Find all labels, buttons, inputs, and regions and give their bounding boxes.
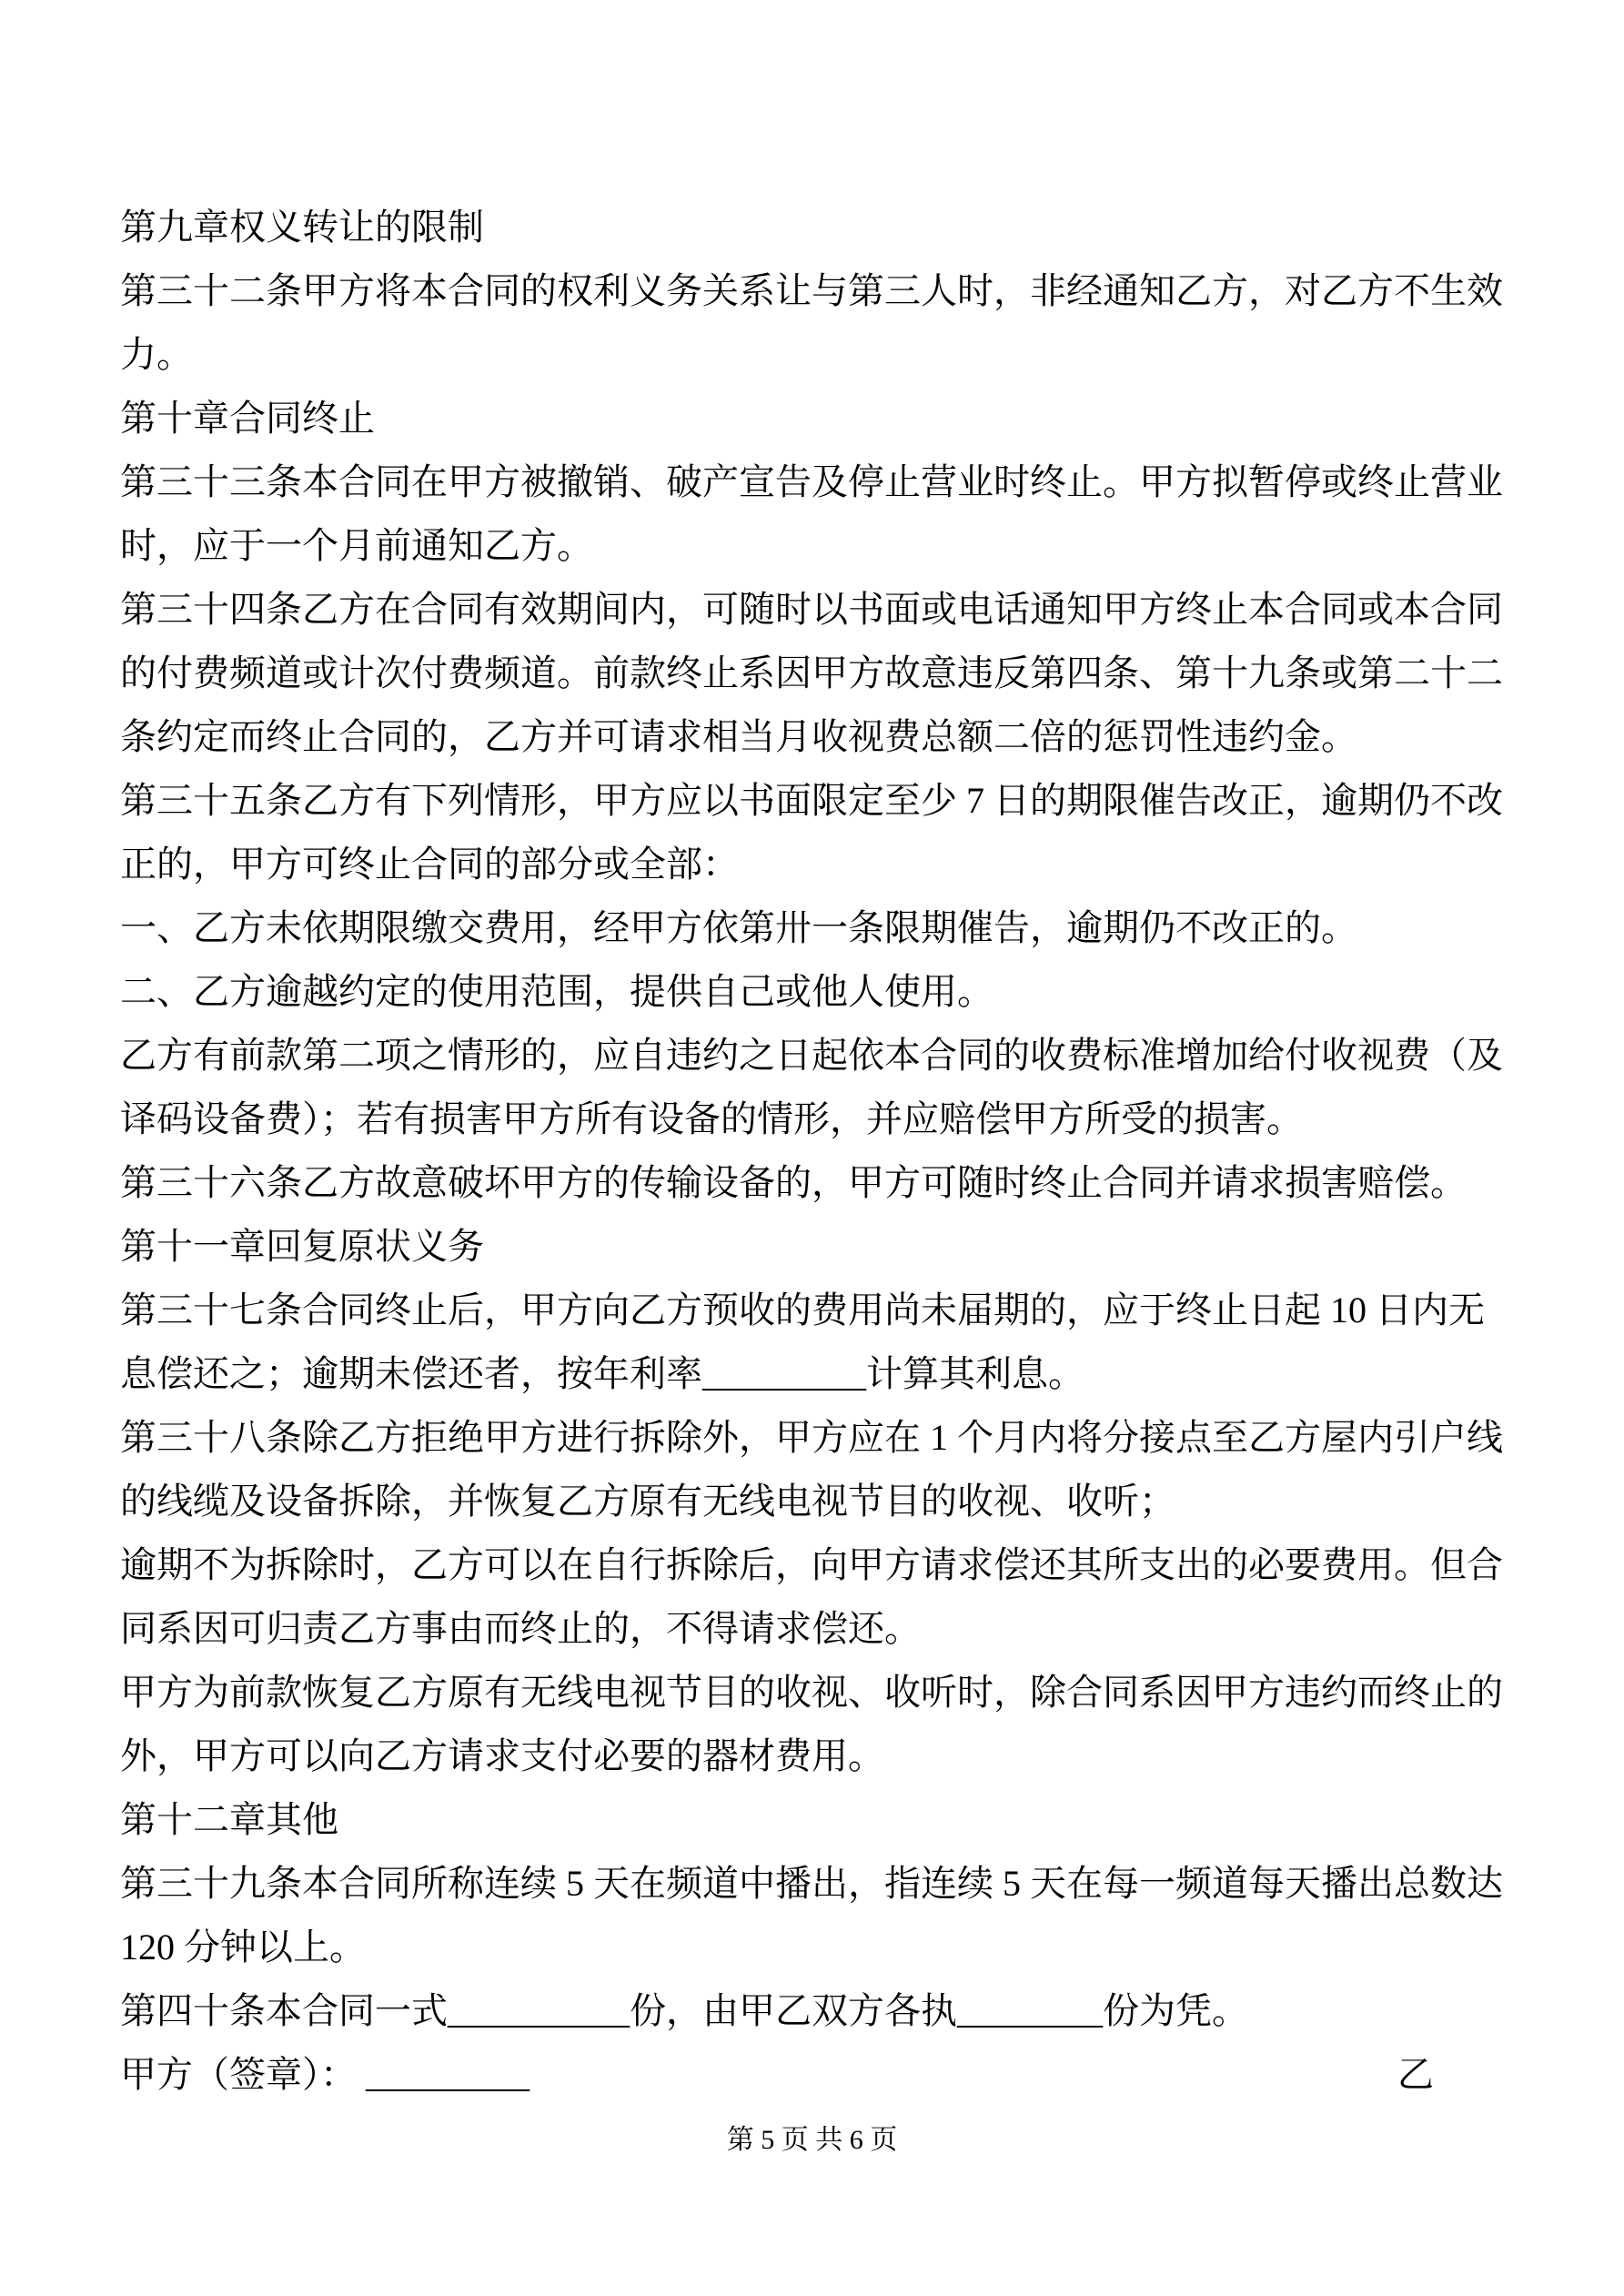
clause-line: 第三十七条合同终止后，甲方向乙方预收的费用尚未届期的，应于终止日起 10 日内无 xyxy=(120,1279,1507,1342)
page-footer: 第 5 页 共 6 页 xyxy=(0,2120,1624,2160)
clause-line: 力。 xyxy=(120,323,1507,387)
clause-line: 的付费频道或计次付费频道。前款终止系因甲方故意违反第四条、第十九条或第二十二 xyxy=(120,642,1507,705)
chapter-heading: 第十二章其他 xyxy=(120,1788,1507,1852)
clause-line: 第三十八条除乙方拒绝甲方进行拆除外，甲方应在 1 个月内将分接点至乙方屋内引户线 xyxy=(120,1406,1507,1470)
clause-line: 第三十三条本合同在甲方被撤销、破产宣告及停止营业时终止。甲方拟暂停或终止营业 xyxy=(120,450,1507,514)
clause-line-with-blank: 第四十条本合同一式__________份，由甲乙双方各执________份为凭。 xyxy=(120,1979,1507,2043)
clause-line: 第三十四条乙方在合同有效期间内，可随时以书面或电话通知甲方终止本合同或本合同 xyxy=(120,578,1507,642)
clause-line: 第三十五条乙方有下列情形，甲方应以书面限定至少 7 日的期限催告改正，逾期仍不改 xyxy=(120,769,1507,833)
list-item: 一、乙方未依期限缴交费用，经甲方依第卅一条限期催告，逾期仍不改正的。 xyxy=(120,896,1507,960)
clause-line: 第三十二条甲方将本合同的权利义务关系让与第三人时，非经通知乙方，对乙方不生效 xyxy=(120,259,1507,323)
clause-line: 的线缆及设备拆除，并恢复乙方原有无线电视节目的收视、收听； xyxy=(120,1470,1507,1533)
document-body: 第九章权义转让的限制 第三十二条甲方将本合同的权利义务关系让与第三人时，非经通知… xyxy=(120,196,1507,2107)
chapter-heading: 第十一章回复原状义务 xyxy=(120,1215,1507,1279)
clause-line: 译码设备费）；若有损害甲方所有设备的情形，并应赔偿甲方所受的损害。 xyxy=(120,1087,1507,1151)
clause-line: 第三十六条乙方故意破坏甲方的传输设备的，甲方可随时终止合同并请求损害赔偿。 xyxy=(120,1151,1507,1215)
clause-line: 时，应于一个月前通知乙方。 xyxy=(120,514,1507,578)
clause-line: 第三十九条本合同所称连续 5 天在频道中播出，指连续 5 天在每一频道每天播出总… xyxy=(120,1852,1507,1916)
party-b-label-start: 乙 xyxy=(1397,2043,1507,2107)
chapter-heading: 第九章权义转让的限制 xyxy=(120,196,1507,259)
chapter-heading: 第十章合同终止 xyxy=(120,387,1507,450)
clause-line: 同系因可归责乙方事由而终止的，不得请求偿还。 xyxy=(120,1597,1507,1661)
document-page: 第九章权义转让的限制 第三十二条甲方将本合同的权利义务关系让与第三人时，非经通知… xyxy=(0,0,1624,2296)
clause-line: 外，甲方可以向乙方请求支付必要的器材费用。 xyxy=(120,1725,1507,1788)
clause-line: 条约定而终止合同的，乙方并可请求相当月收视费总额二倍的惩罚性违约金。 xyxy=(120,705,1507,769)
clause-line: 甲方为前款恢复乙方原有无线电视节目的收视、收听时，除合同系因甲方违约而终止的 xyxy=(120,1661,1507,1725)
clause-line: 正的，甲方可终止合同的部分或全部： xyxy=(120,833,1507,896)
party-a-signature-label: 甲方（签章）： _________ xyxy=(120,2043,530,2107)
clause-line: 逾期不为拆除时，乙方可以在自行拆除后，向甲方请求偿还其所支出的必要费用。但合 xyxy=(120,1533,1507,1597)
clause-line-with-blank: 息偿还之；逾期未偿还者，按年利率_________计算其利息。 xyxy=(120,1342,1507,1406)
signature-line: 甲方（签章）： _________ 乙 xyxy=(120,2043,1507,2107)
clause-line: 120 分钟以上。 xyxy=(120,1916,1507,1979)
list-item: 二、乙方逾越约定的使用范围，提供自己或他人使用。 xyxy=(120,960,1507,1024)
clause-line: 乙方有前款第二项之情形的，应自违约之日起依本合同的收费标准增加给付收视费（及 xyxy=(120,1024,1507,1087)
